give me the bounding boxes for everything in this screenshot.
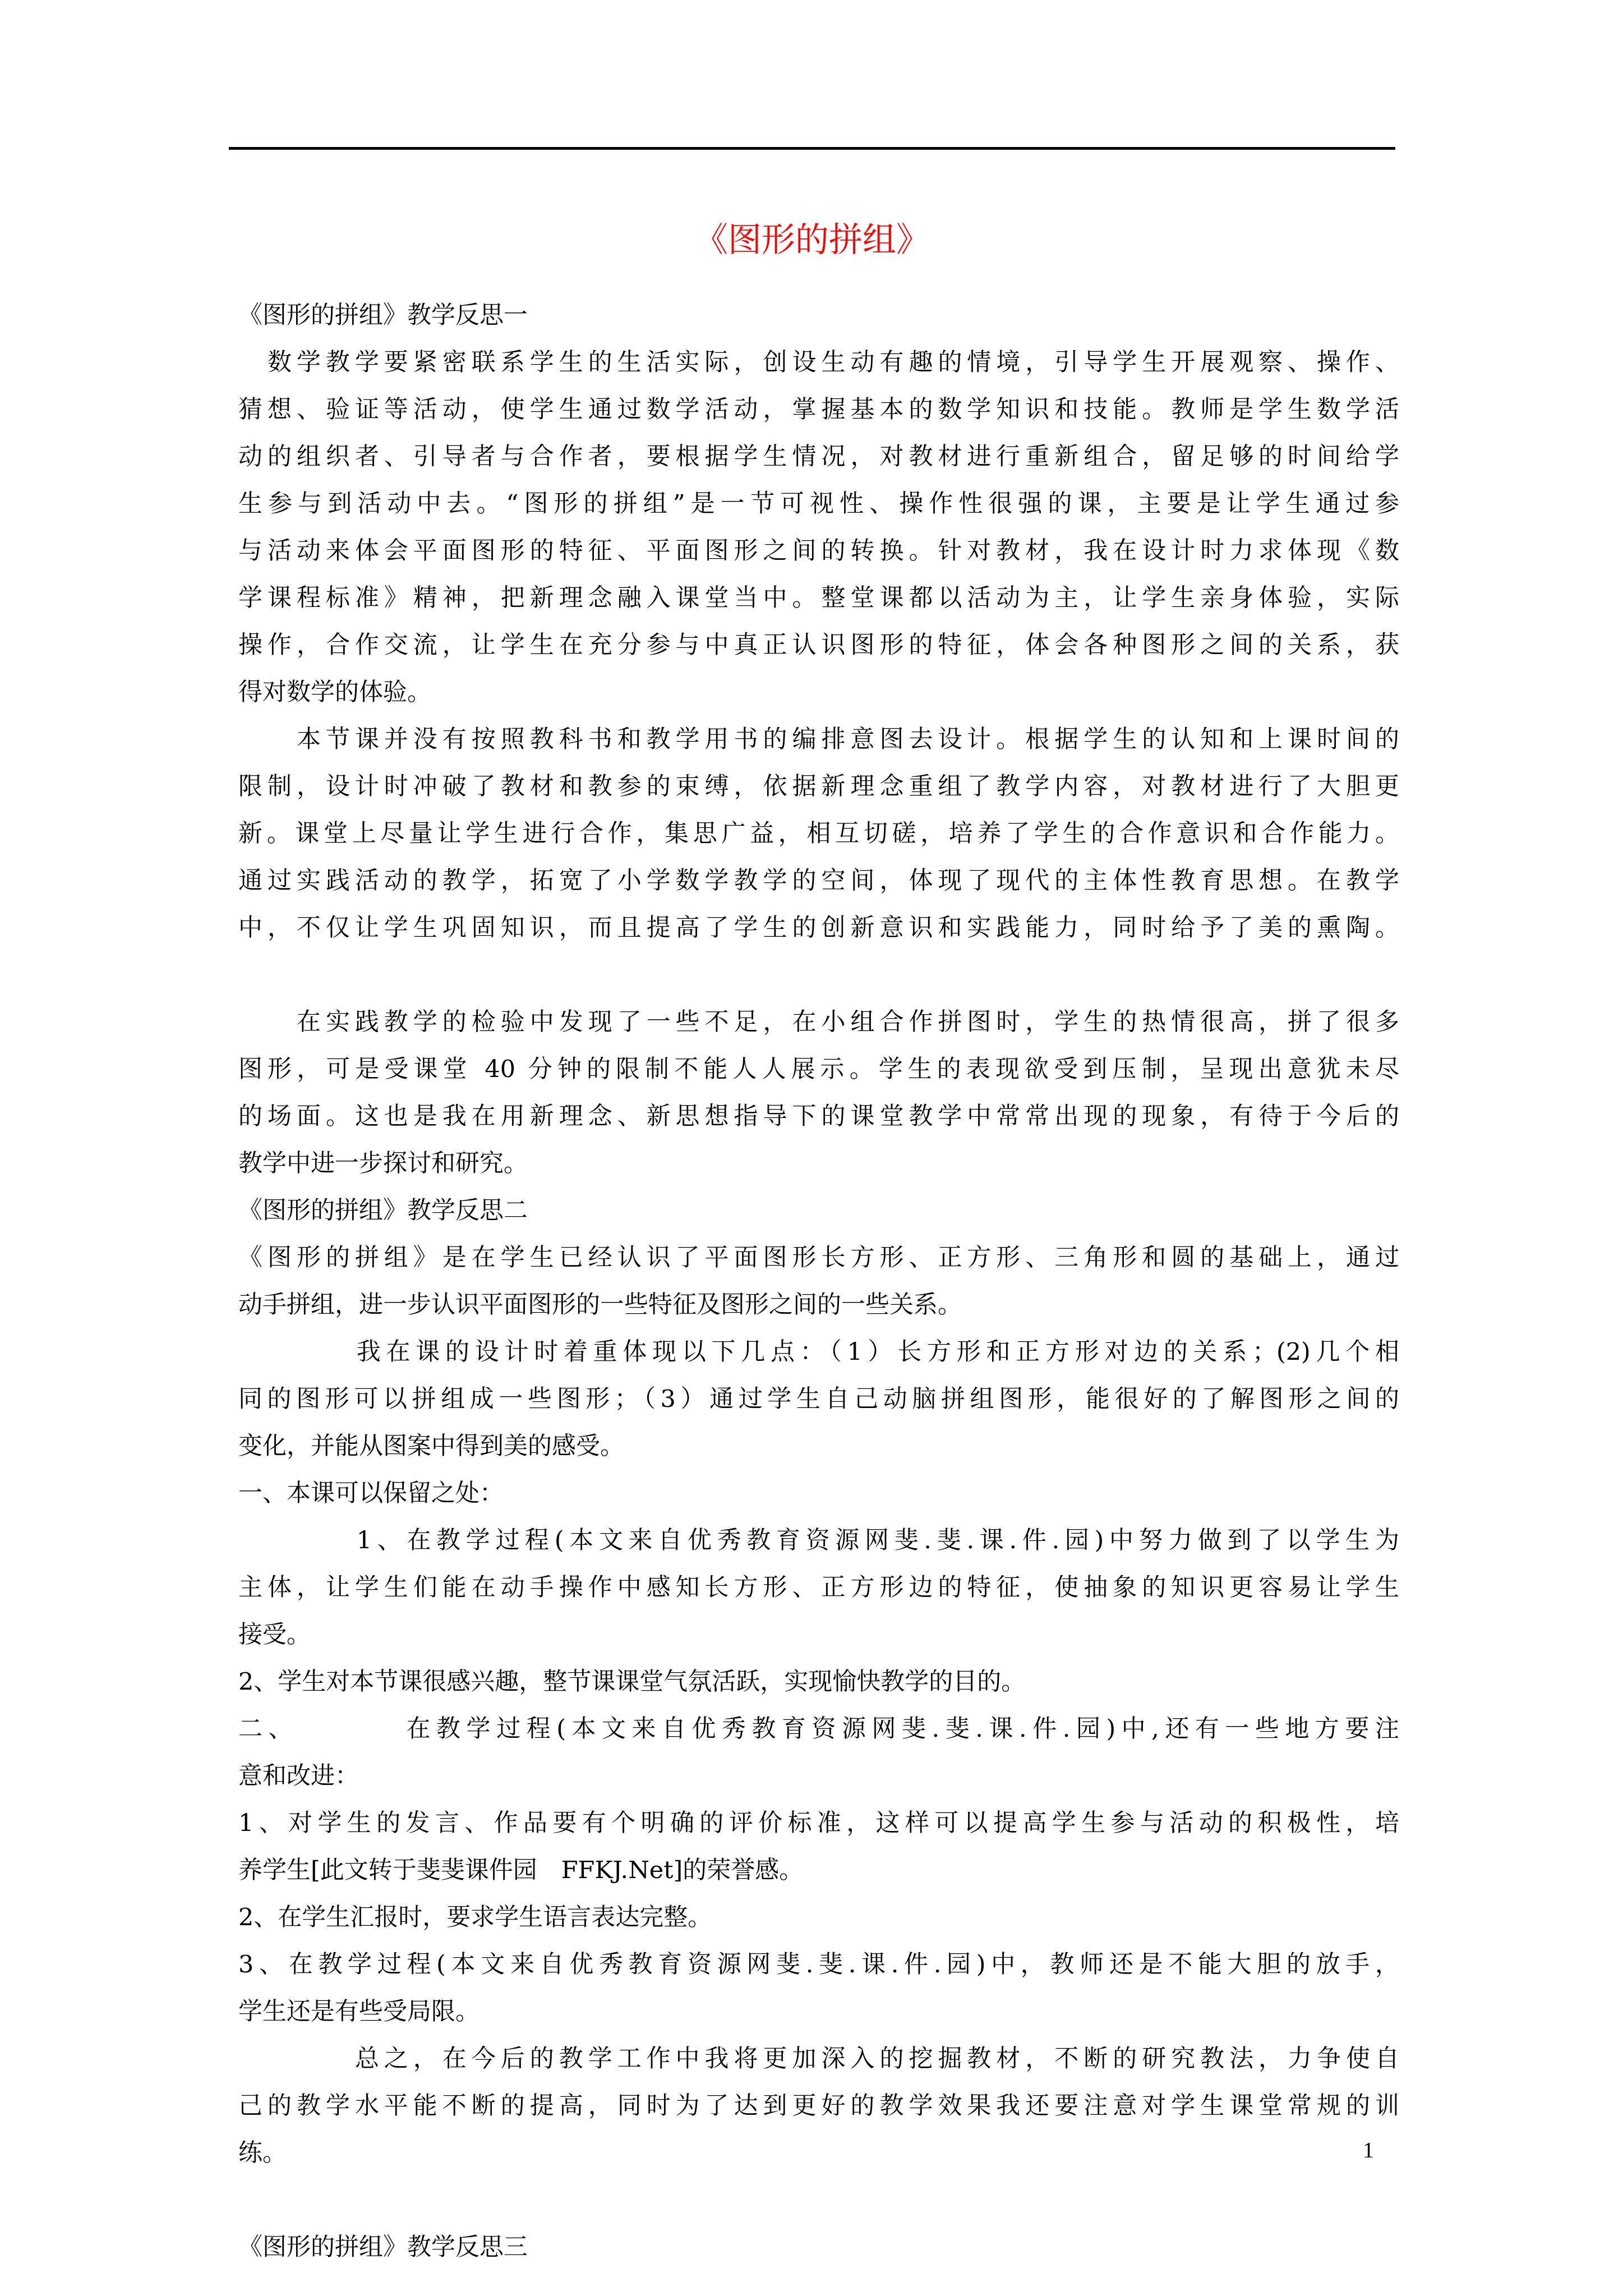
- text-line: 《图形的拼组》是在学生已经认识了平面图形长方形、正方形、三角形和圆的基础上，通过: [238, 1234, 1399, 1281]
- text-line: 2、在学生汇报时，要求学生语言表达完整。: [238, 1894, 1399, 1941]
- section-heading: 《图形的拼组》教学反思三: [238, 2224, 1399, 2271]
- text-line: 同的图形可以拼组成一些图形；（3）通过学生自己动脑拼组图形，能很好的了解图形之间…: [238, 1375, 1399, 1423]
- text-line: 变化，并能从图案中得到美的感受。: [238, 1423, 1399, 1470]
- document-title: 《图形的拼组》: [229, 218, 1395, 263]
- text-line: 我在课的设计时着重体现以下几点：（1）长方形和正方形对边的关系；(2)几个相: [238, 1328, 1399, 1375]
- text-line: 1、在教学过程(本文来自优秀教育资源网斐.斐.课.件.园)中努力做到了以学生为: [238, 1517, 1399, 1564]
- text-line: 接受。: [238, 1611, 1399, 1658]
- text-line: 教学中进一步探讨和研究。: [238, 1140, 1399, 1187]
- text-line: 图形，可是受课堂 40 分钟的限制不能人人展示。学生的表现欲受到压制，呈现出意犹…: [238, 1046, 1399, 1093]
- text-line: 动的组织者、引导者与合作者，要根据学生情况，对教材进行重新组合，留足够的时间给学: [238, 433, 1399, 480]
- text-line: 在实践教学的检验中发现了一些不足，在小组合作拼图时，学生的热情很高，拼了很多: [238, 999, 1399, 1046]
- text-line: 中，不仅让学生巩固知识，而且提高了学生的创新意识和实践能力，同时给予了美的熏陶。: [238, 904, 1399, 951]
- text-line: 3、在教学过程(本文来自优秀教育资源网斐.斐.课.件.园)中，教师还是不能大胆的…: [238, 1941, 1399, 1988]
- text-line: 主体，让学生们能在动手操作中感知长方形、正方形边的特征，使抽象的知识更容易让学生: [238, 1564, 1399, 1611]
- text-line: 练。: [238, 2129, 1399, 2177]
- text-line: 的场面。这也是我在用新理念、新思想指导下的课堂教学中常常出现的现象，有待于今后的: [238, 1093, 1399, 1140]
- page-number: 1: [1363, 2136, 1374, 2164]
- section-heading: 《图形的拼组》教学反思二: [238, 1187, 1399, 1234]
- text-line: 学生还是有些受局限。: [238, 1988, 1399, 2035]
- section-heading: 《图形的拼组》教学反思一: [238, 292, 1399, 339]
- blank-line: [238, 951, 1399, 999]
- text-line: 总之，在今后的教学工作中我将更加深入的挖掘教材，不断的研究教法，力争使自: [238, 2035, 1399, 2082]
- text-line: 得对数学的体验。: [238, 669, 1399, 716]
- text-line: 生参与到活动中去。“图形的拼组”是一节可视性、操作性很强的课，主要是让学生通过参: [238, 480, 1399, 527]
- text-line: 本节课并没有按照教科书和教学用书的编排意图去设计。根据学生的认知和上课时间的: [238, 716, 1399, 763]
- text-line: 养学生[此文转于斐斐课件园 FFKJ.Net]的荣誉感。: [238, 1847, 1399, 1894]
- text-line: 通过实践活动的教学，拓宽了小学数学教学的空间，体现了现代的主体性教育思想。在教学: [238, 857, 1399, 904]
- document-body: 《图形的拼组》教学反思一 数学教学要紧密联系学生的生活实际，创设生动有趣的情境，…: [238, 292, 1399, 2271]
- text-line: 2、学生对本节课很感兴趣，整节课课堂气氛活跃，实现愉快教学的目的。: [238, 1658, 1399, 1705]
- blank-line: [238, 2177, 1399, 2224]
- text-line: 猜想、验证等活动，使学生通过数学活动，掌握基本的数学知识和技能。教师是学生数学活: [238, 386, 1399, 433]
- text-line: 操作，合作交流，让学生在充分参与中真正认识图形的特征，体会各种图形之间的关系，获: [238, 622, 1399, 669]
- text-line: 学课程标准》精神，把新理念融入课堂当中。整堂课都以活动为主，让学生亲身体验，实际: [238, 574, 1399, 622]
- header-rule: [229, 147, 1395, 150]
- text-line: 动手拼组，进一步认识平面图形的一些特征及图形之间的一些关系。: [238, 1281, 1399, 1328]
- text-line: 1、对学生的发言、作品要有个明确的评价标准，这样可以提高学生参与活动的积极性，培: [238, 1800, 1399, 1847]
- text-line: 限制，设计时冲破了教材和教参的束缚，依据新理念重组了教学内容，对教材进行了大胆更: [238, 763, 1399, 810]
- text-line: 二、 在教学过程(本文来自优秀教育资源网斐.斐.课.件.园)中,还有一些地方要注: [238, 1705, 1399, 1752]
- document-page: 《图形的拼组》 《图形的拼组》教学反思一 数学教学要紧密联系学生的生活实际，创设…: [0, 0, 1623, 2296]
- section-heading: 一、本课可以保留之处：: [238, 1470, 1399, 1517]
- text-line: 意和改进：: [238, 1752, 1399, 1800]
- text-line: 新。课堂上尽量让学生进行合作，集思广益，相互切磋，培养了学生的合作意识和合作能力…: [238, 810, 1399, 857]
- text-line: 与活动来体会平面图形的特征、平面图形之间的转换。针对教材，我在设计时力求体现《数: [238, 527, 1399, 574]
- text-line: 数学教学要紧密联系学生的生活实际，创设生动有趣的情境，引导学生开展观察、操作、: [238, 339, 1399, 386]
- text-line: 己的教学水平能不断的提高，同时为了达到更好的教学效果我还要注意对学生课堂常规的训: [238, 2082, 1399, 2129]
